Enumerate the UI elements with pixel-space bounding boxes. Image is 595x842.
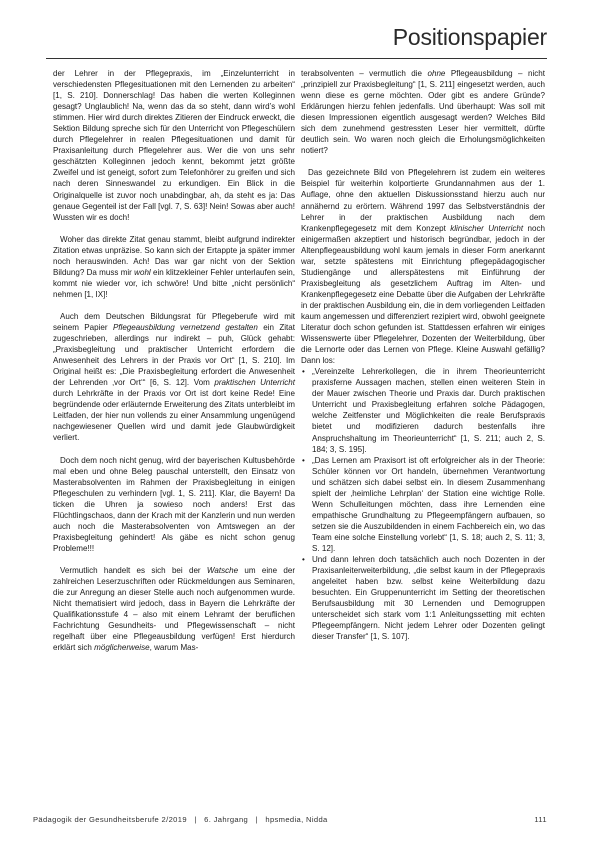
text-run: noch einigermaßen akzeptiert und histori… — [301, 224, 545, 366]
italic-phrase: praktischen Unterricht — [214, 378, 295, 387]
footer-journal: Pädagogik der Gesundheitsberufe 2/2019 — [33, 815, 187, 824]
text-run: durch Lehrkräfte in der Praxis vor Ort i… — [53, 389, 295, 442]
italic-phrase: wohl — [134, 268, 151, 277]
italic-phrase: klinischer Unterricht — [450, 224, 523, 233]
body-paragraph: der Lehrer in der Pflegepraxis, im „Einz… — [53, 68, 295, 223]
body-paragraph: Woher das direkte Zitat genau stammt, bl… — [53, 234, 295, 300]
italic-phrase: ohne — [428, 69, 446, 78]
footer-separator: | — [194, 815, 196, 824]
page-footer: Pädagogik der Gesundheitsberufe 2/2019 |… — [33, 815, 547, 824]
body-paragraph: Doch dem noch nicht genug, wird der baye… — [53, 455, 295, 554]
quote-bullet-list: „Vereinzelte Lehrerkollegen, die in ihre… — [301, 366, 545, 642]
body-paragraph: terabsolventen – vermutlich die ohne Pfl… — [301, 68, 545, 156]
italic-phrase: Watsche — [207, 566, 238, 575]
body-paragraph: Das gezeichnete Bild von Pflegelehrern i… — [301, 167, 545, 366]
body-paragraph: Vermutlich handelt es sich bei der Watsc… — [53, 565, 295, 653]
italic-phrase: möglicherweise — [94, 643, 149, 652]
text-run: , warum Mas- — [150, 643, 199, 652]
footer-publisher: hpsmedia, Nidda — [265, 815, 327, 824]
quote-bullet-item: Und dann lehren doch tatsächlich auch no… — [301, 554, 545, 642]
footer-volume: 6. Jahrgang — [204, 815, 248, 824]
text-run: Pflegeausbildung – nicht „prinzipiell zu… — [301, 69, 545, 155]
footer-separator: | — [256, 815, 258, 824]
text-run: Doch dem noch nicht genug, wird der baye… — [53, 456, 295, 553]
text-run: um eine der zahlreichen Leserzuschriften… — [53, 566, 295, 652]
quote-bullet-item: „Das Lernen am Praxisort ist oft erfolgr… — [301, 455, 545, 554]
header-divider — [46, 58, 547, 59]
page-header-title: Positionspapier — [393, 24, 547, 51]
text-run: Vermutlich handelt es sich bei der — [60, 566, 207, 575]
text-run: der Lehrer in der Pflegepraxis, im „Einz… — [53, 69, 295, 222]
italic-phrase: Pflegeausbildung vernetzend gestalten — [113, 323, 258, 332]
page-number: 111 — [534, 815, 547, 824]
quote-bullet-item: „Vereinzelte Lehrerkollegen, die in ihre… — [301, 366, 545, 454]
text-run: terabsolventen – vermutlich die — [301, 69, 428, 78]
right-column: terabsolventen – vermutlich die ohne Pfl… — [301, 68, 545, 642]
left-column: der Lehrer in der Pflegepraxis, im „Einz… — [53, 68, 295, 664]
body-paragraph: Auch dem Deutschen Bildungsrat für Pfleg… — [53, 311, 295, 444]
